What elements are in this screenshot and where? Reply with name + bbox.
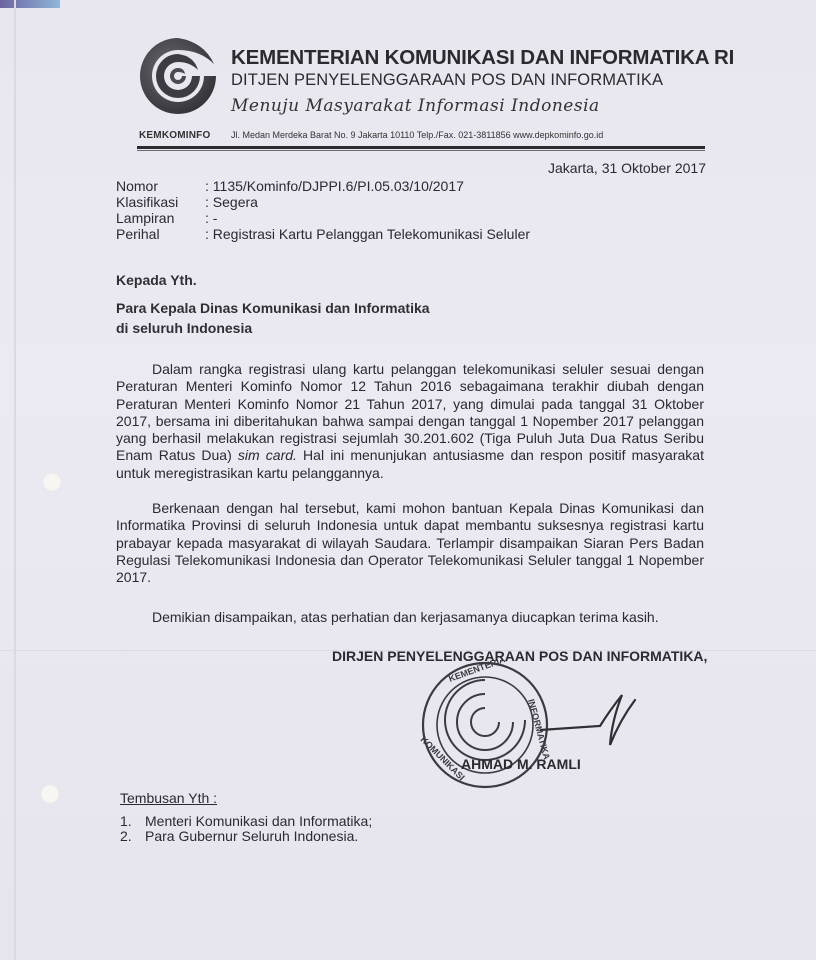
motto: Menuju Masyarakat Informasi Indonesia: [231, 96, 600, 116]
meta-value: : Segera: [205, 194, 258, 210]
meta-value: : Registrasi Kartu Pelanggan Telekomunik…: [205, 226, 530, 242]
cc-list: 1. Menteri Komunikasi dan Informatika; 2…: [120, 814, 372, 844]
meta-row-klasifikasi: Klasifikasi : Segera: [116, 194, 530, 210]
signer-title: DIRJEN PENYELENGGARAAN POS DAN INFORMATI…: [332, 648, 707, 664]
letter-meta: Nomor : 1135/Kominfo/DJPPI.6/PI.05.03/10…: [116, 178, 530, 242]
cc-item-text: Para Gubernur Seluruh Indonesia.: [145, 829, 358, 844]
body-paragraph-1: Dalam rangka registrasi ulang kartu pela…: [116, 361, 704, 482]
cc-item: 2. Para Gubernur Seluruh Indonesia.: [120, 829, 372, 844]
kominfo-logo-icon: [138, 36, 218, 116]
meta-row-nomor: Nomor : 1135/Kominfo/DJPPI.6/PI.05.03/10…: [116, 178, 530, 194]
punch-hole-icon: [42, 472, 62, 492]
svg-text:KOMUNIKASI: KOMUNIKASI: [419, 734, 467, 782]
cc-item-number: 1.: [120, 814, 145, 829]
handwritten-signature-icon: [540, 690, 640, 750]
meta-label: Lampiran: [116, 210, 205, 226]
scanned-letter: KEMKOMINFO KEMENTERIAN KOMUNIKASI DAN IN…: [0, 0, 816, 960]
recipient-line-1: Para Kepala Dinas Komunikasi dan Informa…: [116, 300, 430, 316]
closing-sentence: Demikian disampaikan, atas perhatian dan…: [152, 609, 659, 625]
meta-row-perihal: Perihal : Registrasi Kartu Pelanggan Tel…: [116, 226, 530, 242]
scan-corner-artifact: [0, 0, 60, 8]
meta-value: : 1135/Kominfo/DJPPI.6/PI.05.03/10/2017: [205, 178, 464, 194]
salutation: Kepada Yth.: [116, 272, 197, 288]
meta-label: Nomor: [116, 178, 205, 194]
meta-value: : -: [205, 210, 217, 226]
meta-row-lampiran: Lampiran : -: [116, 210, 530, 226]
ministry-title: KEMENTERIAN KOMUNIKASI DAN INFORMATIKA R…: [231, 46, 734, 70]
recipient-line-2: di seluruh Indonesia: [116, 320, 252, 336]
directorate-title: DITJEN PENYELENGGARAAN POS DAN INFORMATI…: [231, 71, 663, 90]
meta-label: Klasifikasi: [116, 194, 205, 210]
meta-label: Perihal: [116, 226, 205, 242]
cc-item-number: 2.: [120, 829, 145, 844]
cc-item: 1. Menteri Komunikasi dan Informatika;: [120, 814, 372, 829]
letterhead-divider: [137, 146, 705, 149]
letterhead-address: Jl. Medan Merdeka Barat No. 9 Jakarta 10…: [231, 130, 603, 140]
cc-title: Tembusan Yth :: [120, 790, 217, 806]
paragraph-italic: sim card.: [238, 447, 297, 463]
cc-item-text: Menteri Komunikasi dan Informatika;: [145, 814, 372, 829]
signer-name: AHMAD M. RAMLI: [461, 756, 581, 772]
body-paragraph-2: Berkenaan dengan hal tersebut, kami moho…: [116, 500, 704, 586]
letterhead-divider-thin: [137, 150, 705, 151]
logo-label: KEMKOMINFO: [139, 130, 210, 141]
punch-hole-icon: [40, 784, 60, 804]
letter-date: Jakarta, 31 Oktober 2017: [548, 160, 706, 176]
paper-fold-vertical: [14, 0, 16, 960]
